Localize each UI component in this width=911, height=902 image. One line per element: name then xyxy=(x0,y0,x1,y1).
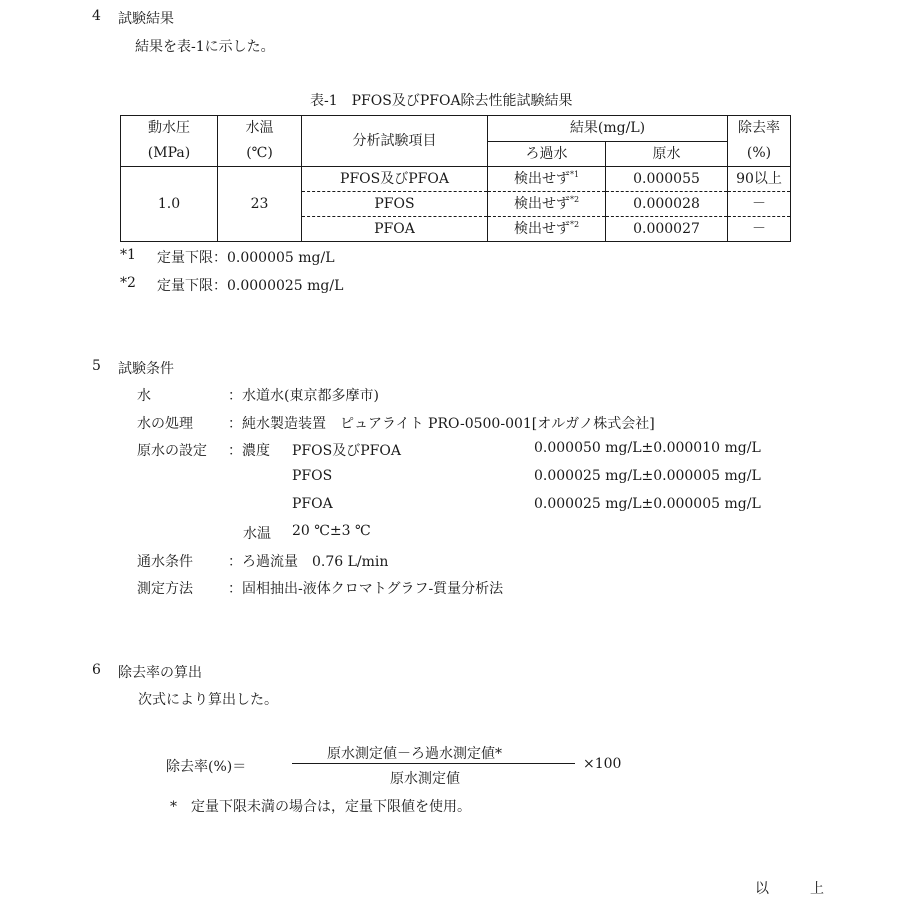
closing-left: 以 xyxy=(755,878,769,898)
section-6-text: 次式により算出した。 xyxy=(138,689,278,709)
concentration-item: PFOA xyxy=(292,496,333,512)
flow-label: 通水条件 xyxy=(137,551,193,571)
note-2-text: 定量下限：0.0000025 mg/L xyxy=(157,275,343,295)
header-removal-unit: (%) xyxy=(728,141,790,166)
note-1-mark: *1 xyxy=(120,247,136,263)
raw-temp-value: 20 ℃±3 ℃ xyxy=(292,523,371,539)
row-removal: 90以上 xyxy=(728,167,791,192)
flow-value: ：ろ過流量 0.76 L/min xyxy=(228,551,388,571)
closing-right: 上 xyxy=(810,878,824,898)
formula-denominator: 原水測定値 xyxy=(390,768,460,788)
section-5-title: 試験条件 xyxy=(118,358,174,378)
table-caption: 表-1 PFOS及びPFOA除去性能試験結果 xyxy=(310,90,573,110)
method-label: 測定方法 xyxy=(137,578,193,598)
formula-multiplier: ×100 xyxy=(583,756,621,772)
row-item: PFOA xyxy=(302,217,488,242)
concentration-item: PFOS及びPFOA xyxy=(292,440,401,460)
water-label: 水 xyxy=(137,385,151,405)
section-5-number: 5 xyxy=(92,358,112,374)
filtered-text: 検出せず xyxy=(514,171,570,187)
formula-footnote: * 定量下限未満の場合は，定量下限値を使用。 xyxy=(170,796,471,816)
temp-value: 23 xyxy=(218,167,302,242)
row-filtered: 検出せず*1 xyxy=(488,167,606,192)
treatment-value: ：純水製造装置 ピュアライト PRO-0500-001[オルガノ株式会社] xyxy=(228,413,655,433)
row-filtered: 検出せず*2 xyxy=(488,192,606,217)
raw-water-concentration-label: ：濃度 xyxy=(228,440,270,460)
fraction-line xyxy=(292,763,575,764)
pressure-value: 1.0 xyxy=(121,167,218,242)
section-4-number: 4 xyxy=(92,8,112,24)
note-1-text: 定量下限：0.000005 mg/L xyxy=(157,247,335,267)
formula-numerator: 原水測定値－ろ過水測定値* xyxy=(327,743,502,763)
section-6-title: 除去率の算出 xyxy=(118,662,202,682)
header-result: 結果(mg/L) xyxy=(488,116,728,142)
header-item: 分析試験項目 xyxy=(302,116,488,167)
row-raw: 0.000028 xyxy=(606,192,728,217)
row-item: PFOS xyxy=(302,192,488,217)
note-mark: *2 xyxy=(570,220,579,229)
results-table: 動水圧 (MPa) 水温 (℃) 分析試験項目 結果(mg/L) 除去率 (%)… xyxy=(120,115,791,242)
table-header-row-1: 動水圧 (MPa) 水温 (℃) 分析試験項目 結果(mg/L) 除去率 (%) xyxy=(121,116,791,142)
section-4-text: 結果を表-1に示した。 xyxy=(135,36,275,56)
row-removal: － xyxy=(728,192,791,217)
row-raw: 0.000055 xyxy=(606,167,728,192)
note-2-mark: *2 xyxy=(120,275,136,291)
method-value: ：固相抽出-液体クロマトグラフ-質量分析法 xyxy=(228,578,503,598)
header-pressure-unit: (MPa) xyxy=(121,141,217,166)
row-item: PFOS及びPFOA xyxy=(302,167,488,192)
table-row: 1.0 23 PFOS及びPFOA 検出せず*1 0.000055 90以上 xyxy=(121,167,791,192)
section-6-number: 6 xyxy=(92,662,112,678)
concentration-value: 0.000050 mg/L±0.000010 mg/L xyxy=(534,440,761,456)
note-mark: *2 xyxy=(570,195,579,204)
row-raw: 0.000027 xyxy=(606,217,728,242)
raw-water-label: 原水の設定 xyxy=(137,440,207,460)
row-removal: － xyxy=(728,217,791,242)
water-value: ：水道水(東京都多摩市) xyxy=(228,385,379,405)
header-pressure: 動水圧 (MPa) xyxy=(121,116,218,167)
formula-lhs: 除去率(%)＝ xyxy=(166,756,246,776)
header-filtered: ろ過水 xyxy=(488,141,606,167)
row-filtered: 検出せず*2 xyxy=(488,217,606,242)
header-temp: 水温 (℃) xyxy=(218,116,302,167)
filtered-text: 検出せず xyxy=(514,221,570,237)
header-removal: 除去率 (%) xyxy=(728,116,791,167)
header-pressure-label: 動水圧 xyxy=(121,116,217,141)
header-temp-unit: (℃) xyxy=(218,141,301,166)
note-mark: *1 xyxy=(570,170,579,179)
filtered-text: 検出せず xyxy=(514,196,570,212)
header-removal-label: 除去率 xyxy=(728,116,790,141)
concentration-item: PFOS xyxy=(292,468,332,484)
concentration-value: 0.000025 mg/L±0.000005 mg/L xyxy=(534,468,761,484)
concentration-value: 0.000025 mg/L±0.000005 mg/L xyxy=(534,496,761,512)
treatment-label: 水の処理 xyxy=(137,413,193,433)
section-4-title: 試験結果 xyxy=(118,8,174,28)
header-temp-label: 水温 xyxy=(218,116,301,141)
raw-temp-label: 水温 xyxy=(243,523,271,543)
header-raw: 原水 xyxy=(606,141,728,167)
